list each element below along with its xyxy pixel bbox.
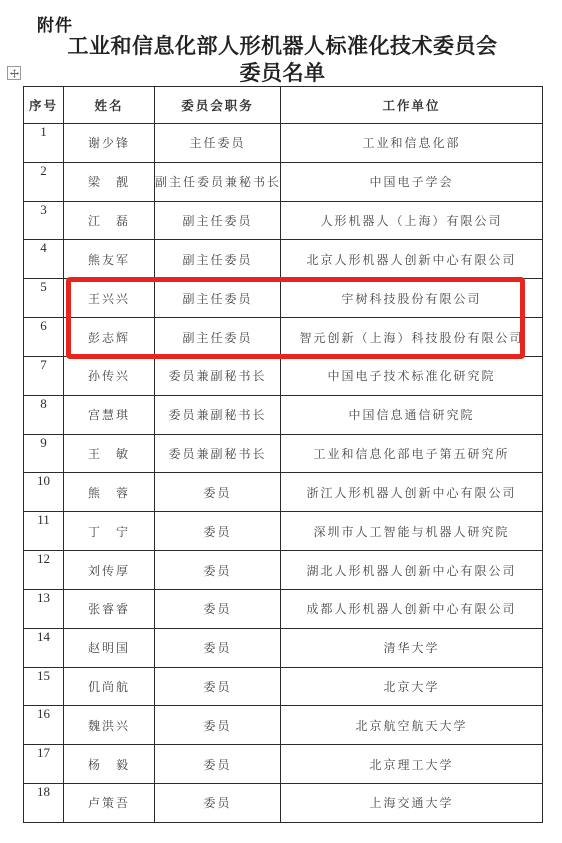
cell-position: 委员 (155, 512, 281, 551)
cell-no: 13 (24, 589, 64, 628)
table-row: 8 宫慧琪 委员兼副秘书长 中国信息通信研究院 (24, 395, 543, 434)
cell-name: 谢少锋 (64, 124, 155, 163)
table-row: 11 丁 宁 委员 深圳市人工智能与机器人研究院 (24, 512, 543, 551)
title-line-2: 委员名单 (23, 60, 542, 87)
cell-position: 副主任委员 (155, 279, 281, 318)
cell-org: 北京理工大学 (281, 745, 543, 784)
cell-name: 丁 宁 (64, 512, 155, 551)
table-row: 12 刘传厚 委员 湖北人形机器人创新中心有限公司 (24, 551, 543, 590)
cell-name: 王兴兴 (64, 279, 155, 318)
cell-no: 15 (24, 667, 64, 706)
table-row: 13 张睿睿 委员 成都人形机器人创新中心有限公司 (24, 589, 543, 628)
cell-org: 上海交通大学 (281, 784, 543, 823)
cell-position: 副主任委员 (155, 201, 281, 240)
table-row: 4 熊友军 副主任委员 北京人形机器人创新中心有限公司 (24, 240, 543, 279)
cell-position: 主任委员 (155, 124, 281, 163)
cell-no: 8 (24, 395, 64, 434)
cell-no: 2 (24, 162, 64, 201)
cell-position: 委员 (155, 589, 281, 628)
cell-no: 10 (24, 473, 64, 512)
col-header-org: 工作单位 (281, 87, 543, 124)
cell-position: 委员 (155, 473, 281, 512)
cell-org: 智元创新（上海）科技股份有限公司 (281, 318, 543, 357)
cell-no: 14 (24, 628, 64, 667)
cell-name: 宫慧琪 (64, 395, 155, 434)
cell-no: 16 (24, 706, 64, 745)
col-header-name: 姓名 (64, 87, 155, 124)
table-row: 1 谢少锋 主任委员 工业和信息化部 (24, 124, 543, 163)
table-row: 15 仉尚航 委员 北京大学 (24, 667, 543, 706)
table-row: 16 魏洪兴 委员 北京航空航天大学 (24, 706, 543, 745)
cell-org: 宇树科技股份有限公司 (281, 279, 543, 318)
cell-org: 深圳市人工智能与机器人研究院 (281, 512, 543, 551)
title-line-1: 工业和信息化部人形机器人标准化技术委员会 (23, 33, 542, 60)
cell-no: 17 (24, 745, 64, 784)
table-row: 3 江 磊 副主任委员 人形机器人（上海）有限公司 (24, 201, 543, 240)
cell-no: 5 (24, 279, 64, 318)
cell-position: 委员兼副秘书长 (155, 434, 281, 473)
cell-position: 副主任委员 (155, 318, 281, 357)
cell-no: 3 (24, 201, 64, 240)
table-row: 6 彭志辉 副主任委员 智元创新（上海）科技股份有限公司 (24, 318, 543, 357)
cell-position: 委员 (155, 551, 281, 590)
cell-name: 孙传兴 (64, 356, 155, 395)
cell-name: 刘传厚 (64, 551, 155, 590)
table-row: 14 赵明国 委员 清华大学 (24, 628, 543, 667)
cell-no: 4 (24, 240, 64, 279)
cell-position: 委员 (155, 745, 281, 784)
cell-position: 委员 (155, 667, 281, 706)
cell-name: 江 磊 (64, 201, 155, 240)
cell-org: 北京航空航天大学 (281, 706, 543, 745)
cell-position: 委员 (155, 628, 281, 667)
cell-name: 熊 蓉 (64, 473, 155, 512)
cell-org: 清华大学 (281, 628, 543, 667)
cell-no: 7 (24, 356, 64, 395)
cell-org: 中国电子学会 (281, 162, 543, 201)
document-page: 附件 工业和信息化部人形机器人标准化技术委员会 委员名单 序号 姓名 委员会职务… (0, 0, 562, 843)
cell-no: 6 (24, 318, 64, 357)
cell-no: 12 (24, 551, 64, 590)
cell-position: 委员 (155, 706, 281, 745)
cell-org: 人形机器人（上海）有限公司 (281, 201, 543, 240)
table-row: 18 卢策吾 委员 上海交通大学 (24, 784, 543, 823)
cell-name: 杨 毅 (64, 745, 155, 784)
table-row: 9 王 敏 委员兼副秘书长 工业和信息化部电子第五研究所 (24, 434, 543, 473)
cell-org: 中国信息通信研究院 (281, 395, 543, 434)
cell-no: 18 (24, 784, 64, 823)
cell-org: 北京人形机器人创新中心有限公司 (281, 240, 543, 279)
cell-org: 湖北人形机器人创新中心有限公司 (281, 551, 543, 590)
cell-name: 赵明国 (64, 628, 155, 667)
cell-no: 11 (24, 512, 64, 551)
cell-name: 熊友军 (64, 240, 155, 279)
table-row: 10 熊 蓉 委员 浙江人形机器人创新中心有限公司 (24, 473, 543, 512)
members-table: 序号 姓名 委员会职务 工作单位 1 谢少锋 主任委员 工业和信息化部 2 梁 … (23, 86, 543, 823)
document-title: 工业和信息化部人形机器人标准化技术委员会 委员名单 (23, 33, 542, 87)
cell-position: 委员 (155, 784, 281, 823)
cell-name: 王 敏 (64, 434, 155, 473)
table-row: 7 孙传兴 委员兼副秘书长 中国电子技术标准化研究院 (24, 356, 543, 395)
cell-position: 委员兼副秘书长 (155, 356, 281, 395)
table-row: 5 王兴兴 副主任委员 宇树科技股份有限公司 (24, 279, 543, 318)
cell-org: 成都人形机器人创新中心有限公司 (281, 589, 543, 628)
table-move-handle-icon[interactable] (7, 66, 21, 80)
cell-no: 1 (24, 124, 64, 163)
table-header-row: 序号 姓名 委员会职务 工作单位 (24, 87, 543, 124)
table-body: 1 谢少锋 主任委员 工业和信息化部 2 梁 靓 副主任委员兼秘书长 中国电子学… (24, 124, 543, 823)
table-row: 17 杨 毅 委员 北京理工大学 (24, 745, 543, 784)
cell-position: 副主任委员 (155, 240, 281, 279)
cell-name: 魏洪兴 (64, 706, 155, 745)
cell-no: 9 (24, 434, 64, 473)
cell-org: 北京大学 (281, 667, 543, 706)
cell-org: 工业和信息化部电子第五研究所 (281, 434, 543, 473)
cell-org: 工业和信息化部 (281, 124, 543, 163)
table-row: 2 梁 靓 副主任委员兼秘书长 中国电子学会 (24, 162, 543, 201)
cell-name: 仉尚航 (64, 667, 155, 706)
cell-org: 浙江人形机器人创新中心有限公司 (281, 473, 543, 512)
col-header-position: 委员会职务 (155, 87, 281, 124)
cell-name: 卢策吾 (64, 784, 155, 823)
cell-position: 副主任委员兼秘书长 (155, 162, 281, 201)
cell-org: 中国电子技术标准化研究院 (281, 356, 543, 395)
col-header-no: 序号 (24, 87, 64, 124)
cell-name: 张睿睿 (64, 589, 155, 628)
cell-name: 彭志辉 (64, 318, 155, 357)
cell-position: 委员兼副秘书长 (155, 395, 281, 434)
cell-name: 梁 靓 (64, 162, 155, 201)
